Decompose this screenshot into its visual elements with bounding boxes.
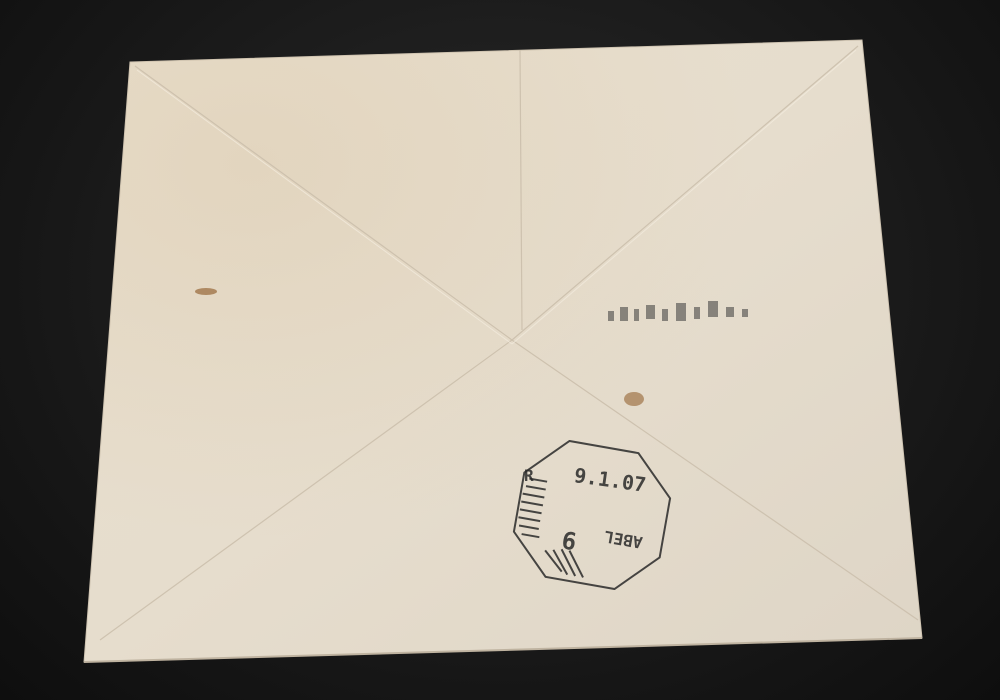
postmark-octagon (512, 440, 672, 590)
rust-stain (624, 392, 644, 406)
postmark-partial-left: R (524, 466, 534, 485)
postmark: 9.1.07 9 R ABEL (512, 440, 672, 590)
rust-stain (195, 288, 217, 295)
faint-handstamp (600, 295, 760, 335)
envelope-back (0, 0, 1000, 700)
